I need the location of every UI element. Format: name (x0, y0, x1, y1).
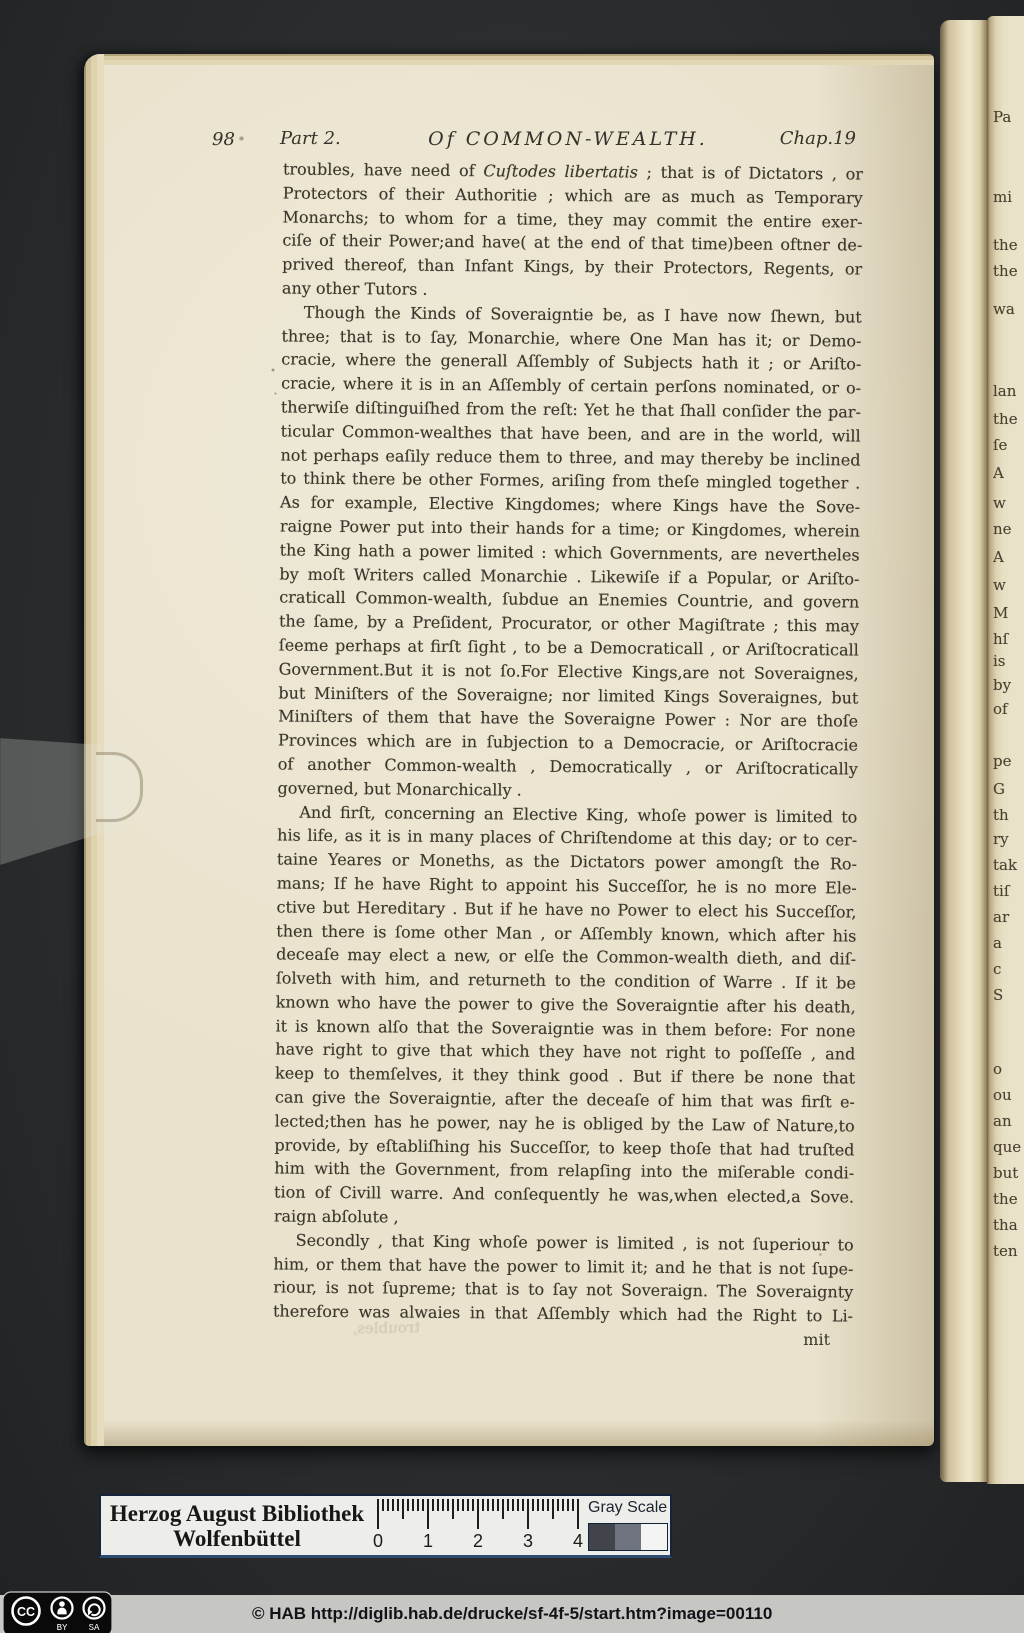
edge-text-fragment: wa (993, 300, 1023, 318)
ink-speck (271, 368, 275, 372)
header-chapter: Chap.19 (780, 128, 856, 149)
edge-text-fragment: w (993, 494, 1023, 512)
ruler-tick (447, 1499, 449, 1511)
svg-text:CC: CC (17, 1605, 35, 1619)
svg-text:SA: SA (89, 1623, 100, 1633)
ruler-label: 3 (523, 1531, 533, 1552)
body-text: troubles, have need of Cuſtodes libertat… (273, 157, 863, 1328)
page-number: 98 (212, 129, 235, 150)
ruler-tick (562, 1499, 564, 1511)
ruler-tick (377, 1499, 379, 1529)
ruler-tick (432, 1499, 434, 1511)
gray-scale-label: Gray Scale (588, 1499, 670, 1517)
ruler-tick (422, 1499, 424, 1511)
ruler-tick (507, 1499, 509, 1511)
running-title: Of COMMON-WEALTH. (278, 128, 858, 150)
ruler-tick (517, 1499, 519, 1511)
edge-text-fragment: ar (993, 908, 1023, 926)
edge-text-fragment: ry (993, 830, 1023, 848)
ruler-tick (577, 1499, 579, 1529)
copyright-url-text: © HAB http://diglib.hab.de/drucke/sf-4f-… (252, 1595, 772, 1633)
edge-text-fragment: que (993, 1138, 1023, 1156)
book-page: 98 Part 2. Of COMMON-WEALTH. Chap.19 tro… (84, 54, 934, 1446)
edge-text-fragment: A (993, 464, 1023, 482)
ruler-tick (437, 1499, 439, 1511)
edge-text-fragment: tha (993, 1216, 1023, 1234)
edge-text-fragment: mi (993, 188, 1023, 206)
edge-text-fragment: S (993, 986, 1023, 1004)
facing-page-edge: PamithethewalantheſeAwneAwMhſisbyofpeGth… (987, 16, 1024, 1484)
ruler-label: 1 (423, 1531, 433, 1552)
ruler-tick (387, 1499, 389, 1511)
bleedthrough-ghost-text: troubles, (230, 1318, 420, 1339)
ink-speck (238, 136, 245, 141)
ruler-tick (402, 1499, 404, 1519)
gray-scale-patch (641, 1524, 667, 1550)
ink-speck (818, 1253, 823, 1256)
institution-name: Herzog August Bibliothek Wolfenbüttel (103, 1501, 371, 1551)
edge-text-fragment: ou (993, 1086, 1023, 1104)
edge-text-fragment: a (993, 934, 1023, 952)
ruler-tick (457, 1499, 459, 1511)
ruler-tick (512, 1499, 514, 1511)
edge-text-fragment: lan (993, 382, 1023, 400)
gray-scale-patch (589, 1524, 615, 1550)
ruler-label: 4 (573, 1531, 583, 1552)
ruler-tick (467, 1499, 469, 1511)
edge-text-fragment: Pa (993, 108, 1023, 126)
ruler-tick (477, 1499, 479, 1529)
edge-text-fragment: ne (993, 520, 1023, 538)
ruler-tick (492, 1499, 494, 1511)
ruler-tick (567, 1499, 569, 1511)
ruler-tick (417, 1499, 419, 1511)
edge-text-fragment: pe (993, 752, 1023, 770)
edge-text-fragment: hſ (993, 630, 1023, 648)
svg-text:BY: BY (57, 1623, 68, 1633)
ruler-tick (532, 1499, 534, 1511)
edge-text-fragment: tiſ (993, 882, 1023, 900)
edge-text-fragment: o (993, 1060, 1023, 1078)
edge-text-fragment: the (993, 410, 1023, 428)
edge-text-fragment: is (993, 652, 1023, 670)
institution-line1: Herzog August Bibliothek (103, 1501, 371, 1526)
edge-text-fragment: but (993, 1164, 1023, 1182)
edge-text-fragment: ten (993, 1242, 1023, 1260)
edge-text-fragment: w (993, 576, 1023, 594)
scan-viewport: { "page": { "number": "98", "part": "Par… (0, 0, 1024, 1633)
ruler-label: 2 (473, 1531, 483, 1552)
edge-text-fragment: the (993, 262, 1023, 280)
ruler-tick (397, 1499, 399, 1511)
ink-speck (274, 392, 277, 395)
ruler-tick (552, 1499, 554, 1519)
edge-text-fragment: M (993, 604, 1023, 622)
cm-ruler: 01234 (377, 1499, 587, 1555)
gray-scale-target: Gray Scale (588, 1499, 670, 1517)
ruler-tick (497, 1499, 499, 1511)
ruler-tick (502, 1499, 504, 1519)
cc-by-sa-license-badge[interactable]: CC BY SA (2, 1591, 113, 1633)
ruler-tick (472, 1499, 474, 1511)
viewer-footer: © HAB http://diglib.hab.de/drucke/sf-4f-… (0, 1595, 1024, 1633)
edge-text-fragment: ſe (993, 436, 1023, 454)
edge-text-fragment: the (993, 1190, 1023, 1208)
ruler-tick (487, 1499, 489, 1511)
ruler-tick (407, 1499, 409, 1511)
ruler-tick (547, 1499, 549, 1511)
book-fore-edge (940, 20, 987, 1482)
ruler-tick (382, 1499, 384, 1511)
ruler-tick (557, 1499, 559, 1511)
ruler-tick (537, 1499, 539, 1511)
ruler-tick (522, 1499, 524, 1511)
ruler-tick (572, 1499, 574, 1511)
calibration-scale-bar: Herzog August Bibliothek Wolfenbüttel 01… (99, 1494, 672, 1558)
page-header: 98 Part 2. Of COMMON-WEALTH. Chap.19 (278, 128, 858, 154)
edge-text-fragment: an (993, 1112, 1023, 1130)
edge-text-fragment: of (993, 700, 1023, 718)
edge-text-fragment: by (993, 676, 1023, 694)
ruler-tick (527, 1499, 529, 1529)
gray-scale-patches (588, 1523, 668, 1551)
edge-text-fragment: the (993, 236, 1023, 254)
ruler-tick (462, 1499, 464, 1511)
ruler-tick (542, 1499, 544, 1511)
ruler-tick (452, 1499, 454, 1519)
institution-line2: Wolfenbüttel (103, 1526, 371, 1551)
ruler-tick (427, 1499, 429, 1529)
ruler-tick (412, 1499, 414, 1511)
edge-text-fragment: G (993, 780, 1023, 798)
edge-text-fragment: th (993, 806, 1023, 824)
edge-text-fragment: c (993, 960, 1023, 978)
edge-text-fragment: A (993, 548, 1023, 566)
ruler-label: 0 (373, 1531, 383, 1552)
ruler-tick (442, 1499, 444, 1511)
gray-scale-patch (615, 1524, 641, 1550)
edge-text-fragment: tak (993, 856, 1023, 874)
ruler-tick (392, 1499, 394, 1511)
ruler-tick (482, 1499, 484, 1511)
